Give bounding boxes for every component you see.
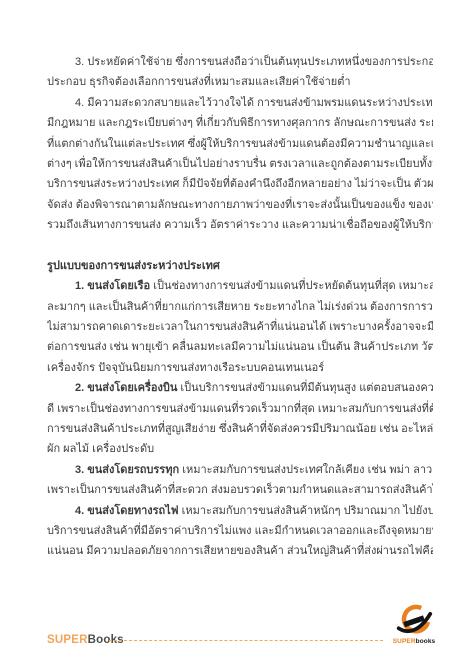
text-line: มีกฎหมาย และกฎระเบียบต่างๆ ที่เกี่ยวกับพ… — [47, 113, 433, 133]
footer-brand-super: SUPER — [47, 634, 88, 646]
item-lead-rest: เหมาะสมกับการขนส่งสินค้าหนักๆ ปริมาณมาก … — [179, 505, 433, 517]
item-air-transport: 2. ขนส่งโดยเครื่องบิน เป็นบริการขนส่งข้า… — [47, 378, 433, 460]
superbooks-logo-icon — [394, 604, 434, 640]
text-line: เพราะเป็นการขนส่งสินค้าที่สะดวก ส่งมอบรว… — [47, 480, 433, 500]
superbooks-logo-text: SUPERbooks — [390, 638, 438, 645]
text-line: ต่างๆ เพื่อให้การขนส่งสินค้าเป็นไปอย่างร… — [47, 154, 433, 174]
logo-text-books: books — [416, 638, 436, 645]
item-ship-transport: 1. ขนส่งโดยเรือ เป็นช่องทางการขนส่งข้ามแ… — [47, 276, 433, 378]
text-line: 4. มีความสะดวกสบายและไว้วางใจได้ การขนส่… — [47, 93, 433, 113]
text-line: 3. ประหยัดค่าใช้จ่าย ซึ่งการขนส่งถือว่าเ… — [47, 52, 433, 72]
item-lead: 1. ขนส่งโดยเรือ — [75, 280, 150, 292]
footer-divider-line — [109, 640, 383, 641]
spacer — [47, 236, 433, 256]
logo-text-super: SUPER — [393, 638, 416, 645]
item-lead-rest: เป็นบริการขนส่งข้ามแดนที่มีต้นทุนสูง แต่… — [177, 382, 433, 394]
text-line: ดี เพราะเป็นช่องทางการขนส่งข้ามแดนที่รวด… — [47, 399, 433, 419]
text-line: บริการขนส่งระหว่างประเทศ ก็มีปัจจัยที่ต้… — [47, 174, 433, 194]
text-line: 4. ขนส่งโดยทางรถไฟ เหมาะสมกับการขนส่งสิน… — [47, 501, 433, 521]
text-line: 3. ขนส่งโดยรถบรรทุก เหมาะสมกับการขนส่งปร… — [47, 460, 433, 480]
item-truck-transport: 3. ขนส่งโดยรถบรรทุก เหมาะสมกับการขนส่งปร… — [47, 460, 433, 501]
text-line: การขนส่งสินค้าประเภทที่สูญเสียง่าย ซึ่งส… — [47, 419, 433, 439]
item-lead: 3. ขนส่งโดยรถบรรทุก — [75, 464, 179, 476]
text-line: จัดส่ง ต้องพิจารณาตามลักษณะทางกายภาพว่าข… — [47, 195, 433, 215]
text-line: ละมากๆ และเป็นสินค้าที่ยากแก่การเสียหาย … — [47, 297, 433, 317]
item-lead: 4. ขนส่งโดยทางรถไฟ — [75, 505, 179, 517]
paragraph-4: 4. มีความสะดวกสบายและไว้วางใจได้ การขนส่… — [47, 93, 433, 236]
text-line: ผัก ผลไม้ เครื่องประดับ — [47, 439, 433, 459]
item-lead: 2. ขนส่งโดยเครื่องบิน — [75, 382, 177, 394]
text-line: ที่แตกต่างกันในแต่ละประเทศ ซึ่งผู้ให้บริ… — [47, 134, 433, 154]
text-line: แน่นอน มีความปลอดภัยจากการเสียหายของสินค… — [47, 541, 433, 561]
text-line: บริการขนส่งสินค้าที่มีอัตราค่าบริการไม่แ… — [47, 521, 433, 541]
item-lead-rest: เหมาะสมกับการขนส่งประเทศใกล้เคียง เช่น พ… — [179, 464, 433, 476]
superbooks-logo: SUPERbooks — [390, 604, 438, 645]
text-line: รวมถึงเส้นทางการขนส่ง ความเร็ว อัตราค่าร… — [47, 215, 433, 235]
text-line: 2. ขนส่งโดยเครื่องบิน เป็นบริการขนส่งข้า… — [47, 378, 433, 398]
text-line: 1. ขนส่งโดยเรือ เป็นช่องทางการขนส่งข้ามแ… — [47, 276, 433, 296]
section-heading-transport-modes: รูปแบบของการขนส่งระหว่างประเทศ — [47, 256, 433, 276]
text-line: เครื่องจักร ปัจจุบันนิยมการขนส่งทางเรือร… — [47, 358, 433, 378]
item-rail-transport: 4. ขนส่งโดยทางรถไฟ เหมาะสมกับการขนส่งสิน… — [47, 501, 433, 562]
text-line: ประกอบ ธุรกิจต้องเลือกการขนส่งที่เหมาะสม… — [47, 72, 433, 92]
page-body-text: 3. ประหยัดค่าใช้จ่าย ซึ่งการขนส่งถือว่าเ… — [47, 52, 433, 562]
paragraph-3: 3. ประหยัดค่าใช้จ่าย ซึ่งการขนส่งถือว่าเ… — [47, 52, 433, 93]
item-lead-rest: เป็นช่องทางการขนส่งข้ามแดนที่ประหยัดต้นท… — [150, 280, 433, 292]
text-line: ต่อการขนส่ง เช่น พายุเข้า คลื่นลมทะเลมีค… — [47, 337, 433, 357]
text-line: ไม่สามารถคาดเดาระยะเวลาในการขนส่งสินค้าท… — [47, 317, 433, 337]
